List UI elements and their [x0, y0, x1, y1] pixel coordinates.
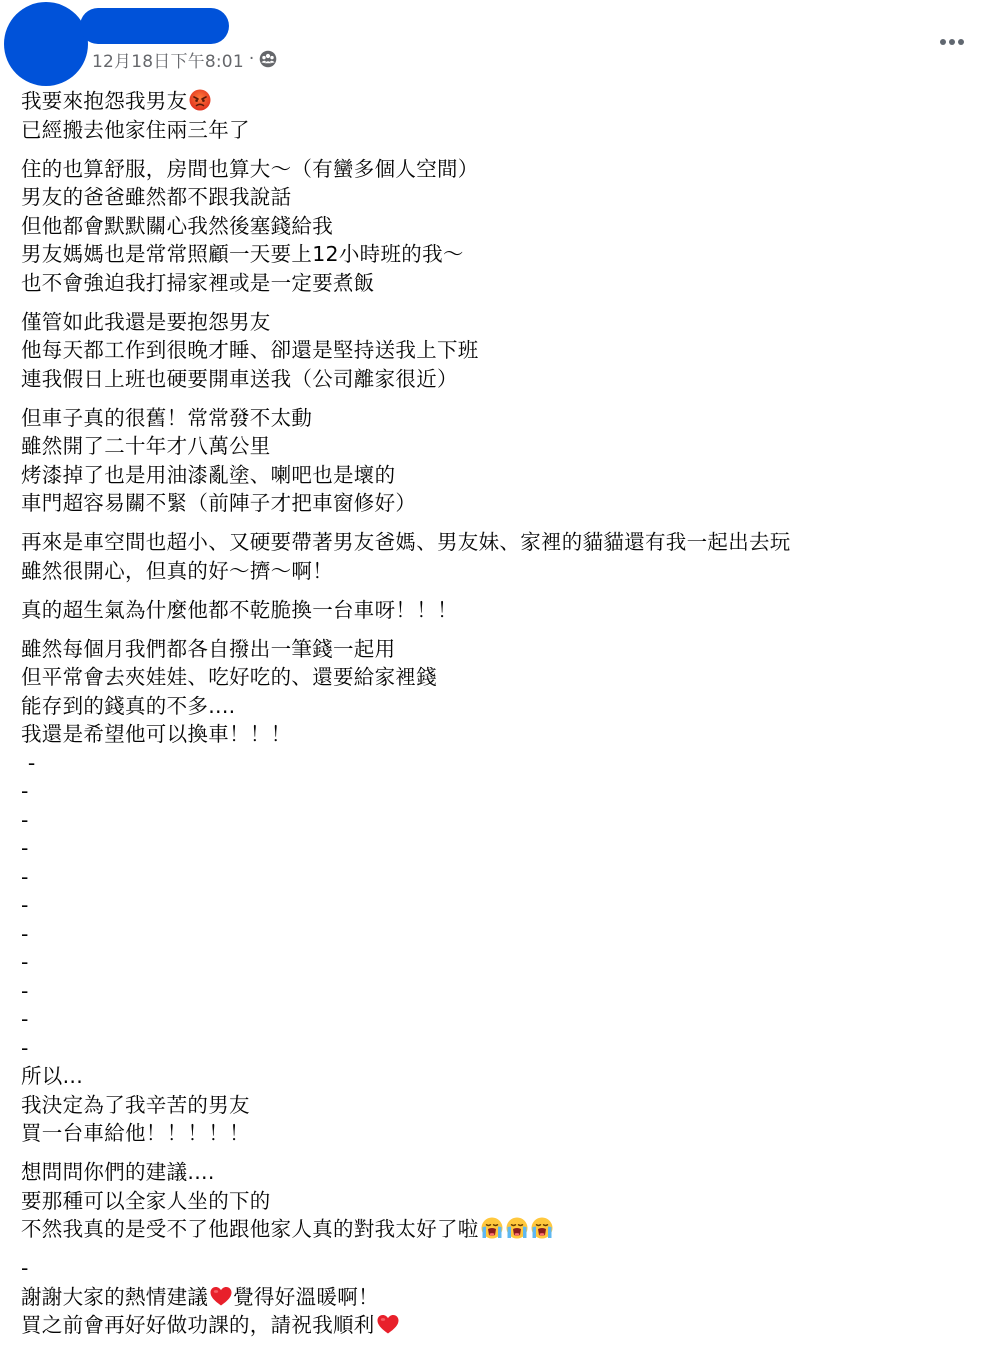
post-timestamp[interactable]: 12月18日下午8:01 [92, 47, 244, 72]
post-line-text: 要那種可以全家人坐的下的 [21, 1189, 271, 1213]
post-line-text: - [21, 979, 29, 1003]
post-line: 我決定為了我辛苦的男友 [21, 1091, 981, 1120]
post-header: 12月18日下午8:01 · [0, 0, 1000, 88]
post-line: - [21, 977, 981, 1006]
post-line-text: - [21, 893, 29, 917]
meta-separator: · [249, 49, 255, 69]
post-line-text: - [21, 922, 29, 946]
post-line-text: 謝謝大家的熱情建議 [21, 1285, 208, 1309]
post-line: 但他都會默默關心我然後塞錢給我 [21, 212, 981, 241]
post-paragraph: 住的也算舒服，房間也算大～（有蠻多個人空間）男友的爸爸雖然都不跟我說話但他都會默… [21, 155, 981, 298]
post-line-text: 已經搬去他家住兩三年了 [21, 118, 250, 142]
more-options-icon [940, 39, 946, 45]
post-paragraph: 再來是車空間也超小、又硬要帶著男友爸媽、男友妹、家裡的貓貓還有我一起出去玩雖然很… [21, 528, 981, 585]
more-options-icon [949, 39, 955, 45]
post-line: - [21, 1254, 981, 1283]
post-line: 謝謝大家的熱情建議覺得好溫暖啊！ [21, 1283, 981, 1312]
post-line: 連我假日上班也硬要開車送我（公司離家很近） [21, 365, 981, 394]
post-line: 買一台車給他！！！！！ [21, 1119, 981, 1148]
post-line: - [21, 948, 981, 977]
post-line: 車門超容易關不緊（前陣子才把車窗修好） [21, 489, 981, 518]
post-line: 要那種可以全家人坐的下的 [21, 1187, 981, 1216]
post-line-text: 但平常會去夾娃娃、吃好吃的、還要給家裡錢 [21, 665, 437, 689]
post-line: 住的也算舒服，房間也算大～（有蠻多個人空間） [21, 155, 981, 184]
post-line: - [21, 749, 981, 778]
post-line-text: 連我假日上班也硬要開車送我（公司離家很近） [21, 367, 458, 391]
post-line-text: 僅管如此我還是要抱怨男友 [21, 310, 271, 334]
post-line: - [21, 806, 981, 835]
post-line-text: - [21, 836, 29, 860]
post-paragraph: 真的超生氣為什麼他都不乾脆換一台車呀！！！ [21, 596, 981, 625]
post-line-text: - [21, 1007, 29, 1031]
red-heart-icon [209, 1284, 233, 1308]
post-line: 僅管如此我還是要抱怨男友 [21, 308, 981, 337]
post-line-text: 真的超生氣為什麼他都不乾脆換一台車呀！！！ [21, 598, 458, 622]
post-line: 再來是車空間也超小、又硬要帶著男友爸媽、男友妹、家裡的貓貓還有我一起出去玩 [21, 528, 981, 557]
post-line-text: 車門超容易關不緊（前陣子才把車窗修好） [21, 491, 416, 515]
loudly-crying-face-icon [505, 1216, 529, 1240]
post-line: - [21, 777, 981, 806]
post-line-text: 男友媽媽也是常常照顧一天要上12小時班的我～ [21, 242, 464, 266]
more-options-button[interactable] [936, 30, 968, 54]
author-name[interactable] [80, 8, 229, 44]
post-line-text: 但車子真的很舊！常常發不太動 [21, 406, 312, 430]
post-body: 我要來抱怨我男友已經搬去他家住兩三年了住的也算舒服，房間也算大～（有蠻多個人空間… [21, 87, 981, 1350]
post-line: 所以... [21, 1062, 981, 1091]
post-line-text: 他每天都工作到很晚才睡、卻還是堅持送我上下班 [21, 338, 479, 362]
post-line-text: 烤漆掉了也是用油漆亂塗、喇吧也是壞的 [21, 463, 395, 487]
post-line: 能存到的錢真的不多.... [21, 692, 981, 721]
post-line-text: - [21, 808, 29, 832]
post-line: 想問問你們的建議.... [21, 1158, 981, 1187]
post-paragraph: -謝謝大家的熱情建議覺得好溫暖啊！買之前會再好好做功課的，請祝我順利 [21, 1254, 981, 1340]
post-line-text: - [21, 1256, 29, 1280]
post-line: 我要來抱怨我男友 [21, 87, 981, 116]
post-line-text: 我決定為了我辛苦的男友 [21, 1093, 250, 1117]
post-line-text: 想問問你們的建議.... [21, 1160, 215, 1184]
post-line-text: 覺得好溫暖啊！ [233, 1285, 379, 1309]
post-line-text: 買之前會再好好做功課的，請祝我順利 [21, 1313, 375, 1337]
post-line: 真的超生氣為什麼他都不乾脆換一台車呀！！！ [21, 596, 981, 625]
post-line-text: 我要來抱怨我男友 [21, 89, 187, 113]
post-line: 已經搬去他家住兩三年了 [21, 116, 981, 145]
post-line: 雖然每個月我們都各自撥出一筆錢一起用 [21, 635, 981, 664]
post-paragraph: 想問問你們的建議....要那種可以全家人坐的下的不然我真的是受不了他跟他家人真的… [21, 1158, 981, 1244]
post-line: - [21, 863, 981, 892]
post-line: - [21, 1034, 981, 1063]
post-line: 男友媽媽也是常常照顧一天要上12小時班的我～ [21, 240, 981, 269]
post-line: 雖然很開心，但真的好～擠～啊！ [21, 557, 981, 586]
post-line-text: 但他都會默默關心我然後塞錢給我 [21, 214, 333, 238]
post-line: - [21, 834, 981, 863]
loudly-crying-face-icon [530, 1216, 554, 1240]
post-line: 我還是希望他可以換車！！！ [21, 720, 981, 749]
red-heart-icon [376, 1312, 400, 1336]
post-line-text: 買一台車給他！！！！！ [21, 1121, 250, 1145]
post-line: - [21, 891, 981, 920]
post-line-text: 我還是希望他可以換車！！！ [21, 722, 291, 746]
post-line-text: - [21, 865, 29, 889]
post-line-text: - [21, 950, 29, 974]
post-line: 買之前會再好好做功課的，請祝我順利 [21, 1311, 981, 1340]
post-paragraph: 但車子真的很舊！常常發不太動雖然開了二十年才八萬公里烤漆掉了也是用油漆亂塗、喇吧… [21, 404, 981, 518]
post-line-text: - [21, 779, 29, 803]
post-line-text: 雖然每個月我們都各自撥出一筆錢一起用 [21, 637, 395, 661]
post-line: 不然我真的是受不了他跟他家人真的對我太好了啦 [21, 1215, 981, 1244]
post-line: - [21, 920, 981, 949]
post-line-text: 也不會強迫我打掃家裡或是一定要煮飯 [21, 271, 375, 295]
post-line: 也不會強迫我打掃家裡或是一定要煮飯 [21, 269, 981, 298]
post-line: 烤漆掉了也是用油漆亂塗、喇吧也是壞的 [21, 461, 981, 490]
post-paragraph: 雖然每個月我們都各自撥出一筆錢一起用但平常會去夾娃娃、吃好吃的、還要給家裡錢能存… [21, 635, 981, 1148]
post-meta: 12月18日下午8:01 · [92, 47, 277, 71]
post-line-text: 男友的爸爸雖然都不跟我說話 [21, 185, 291, 209]
post-line-text: - [21, 1036, 29, 1060]
post-line-text: 不然我真的是受不了他跟他家人真的對我太好了啦 [21, 1217, 479, 1241]
group-members-icon[interactable] [259, 50, 277, 68]
post-line-text: 雖然開了二十年才八萬公里 [21, 434, 271, 458]
post-line: - [21, 1005, 981, 1034]
avatar[interactable] [4, 2, 88, 86]
post-line-text: - [21, 751, 36, 775]
post-line-text: 住的也算舒服，房間也算大～（有蠻多個人空間） [21, 157, 479, 181]
post-line: 但平常會去夾娃娃、吃好吃的、還要給家裡錢 [21, 663, 981, 692]
post-paragraph: 我要來抱怨我男友已經搬去他家住兩三年了 [21, 87, 981, 144]
post-line: 他每天都工作到很晚才睡、卻還是堅持送我上下班 [21, 336, 981, 365]
post-paragraph: 僅管如此我還是要抱怨男友他每天都工作到很晚才睡、卻還是堅持送我上下班連我假日上班… [21, 308, 981, 394]
loudly-crying-face-icon [480, 1216, 504, 1240]
post-line-text: 所以... [21, 1064, 83, 1088]
post-line-text: 能存到的錢真的不多.... [21, 694, 235, 718]
post-line-text: 再來是車空間也超小、又硬要帶著男友爸媽、男友妹、家裡的貓貓還有我一起出去玩 [21, 530, 791, 554]
post-line-text: 雖然很開心，但真的好～擠～啊！ [21, 559, 333, 583]
post-line: 男友的爸爸雖然都不跟我說話 [21, 183, 981, 212]
post-line: 雖然開了二十年才八萬公里 [21, 432, 981, 461]
post-line: 但車子真的很舊！常常發不太動 [21, 404, 981, 433]
more-options-icon [958, 39, 964, 45]
angry-face-icon [188, 88, 212, 112]
